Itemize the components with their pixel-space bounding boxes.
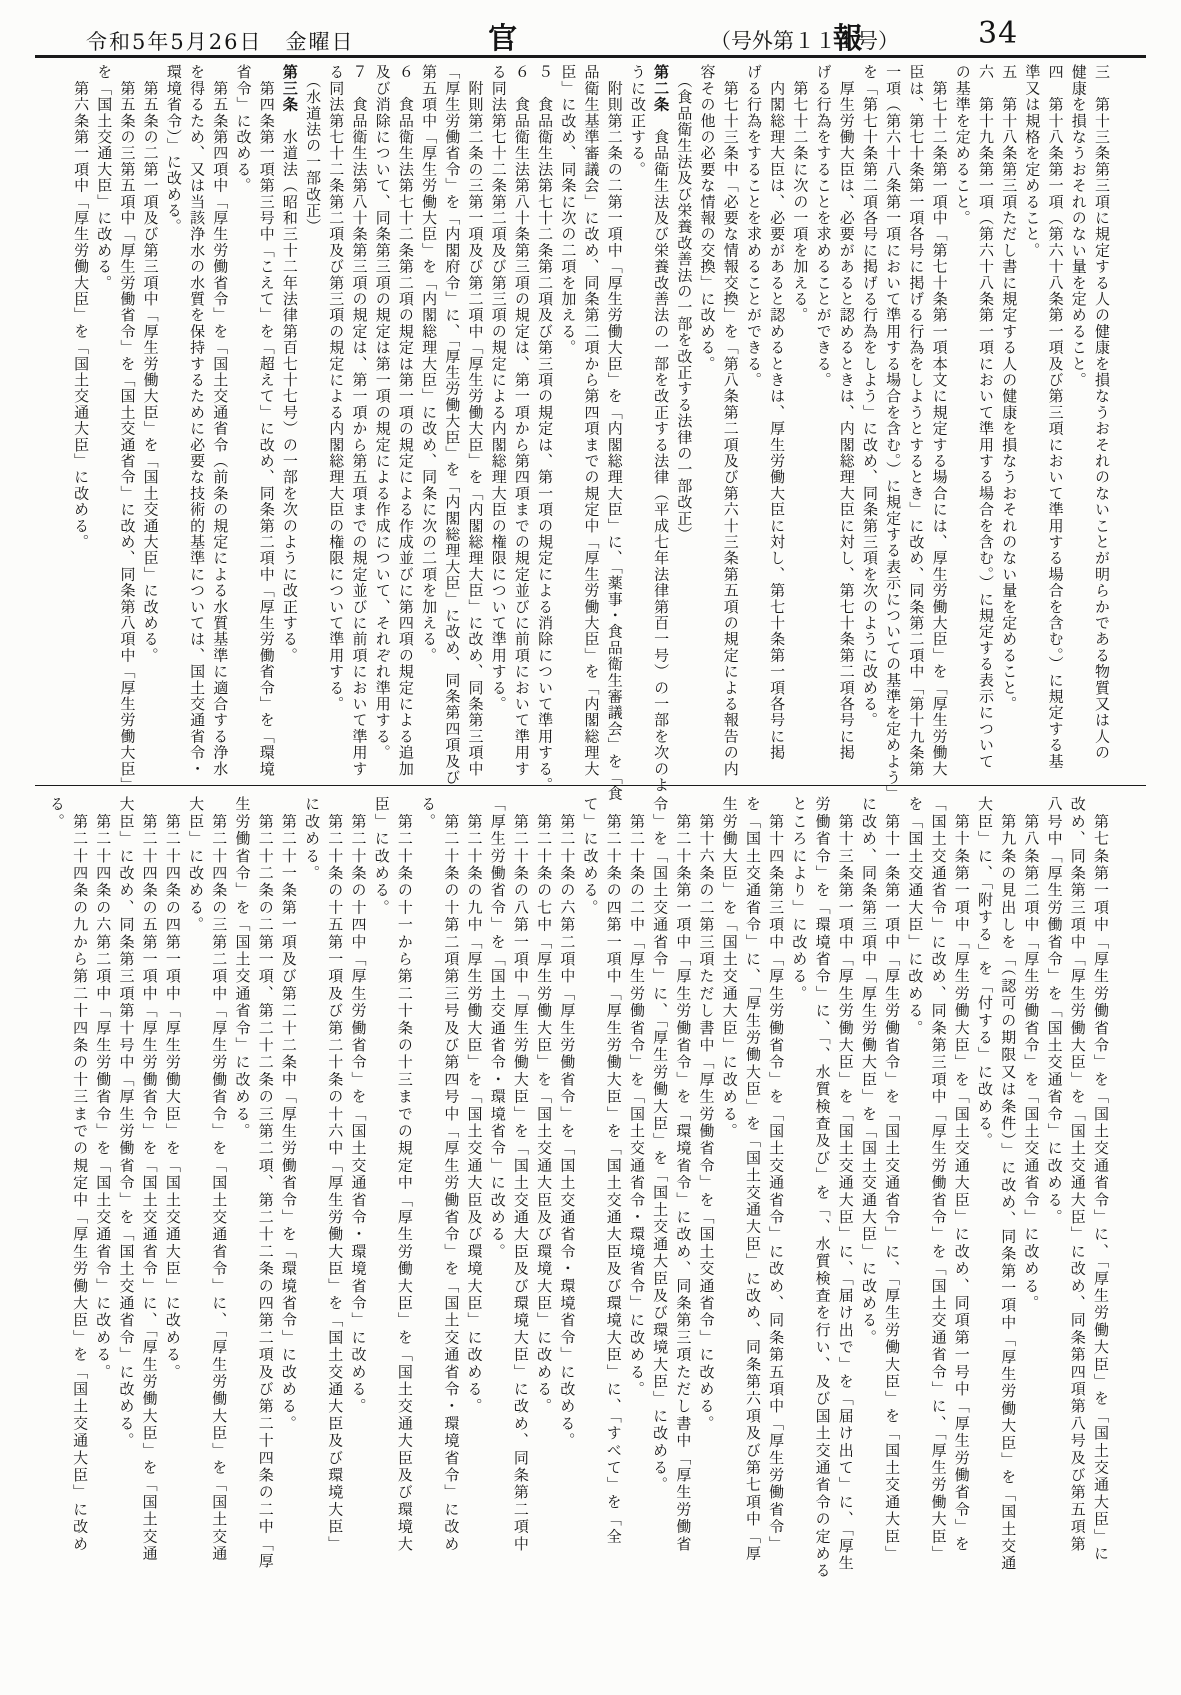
header-rule <box>35 55 1146 58</box>
text-column: 第七条第一項中「厚生労働省令」を「国土交通省令」に、「厚生労働大臣」を「国土交通… <box>1089 796 1112 1558</box>
text-column: 生労働大臣」を「国土交通大臣」に改める。 <box>718 796 741 1558</box>
text-column: 第十一条第一項中「厚生労働省令」を「国土交通省令」に、「厚生労働大臣」を「国土交… <box>880 796 903 1558</box>
text-column: （水道法の一部改正） <box>301 64 324 778</box>
text-column: 第六条第一項中「厚生労働大臣」を「国土交通大臣」に改める。 <box>69 64 92 778</box>
text-column: （食品衛生法及び栄養改善法の一部を改正する法律の一部改正） <box>672 64 695 778</box>
text-column: て」に改める。 <box>578 796 601 1558</box>
text-column: る。 <box>45 796 68 1558</box>
text-column: を「国土交通大臣」に改める。 <box>92 64 115 778</box>
text-column: 「厚生労働省令」を「内閣府令」に、「厚生労働大臣」を「内閣総理大臣」に改め、同条… <box>440 64 463 778</box>
text-column: 第四条第一項第三号中「こえて」を「超えて」に改め、同条第二項中「厚生労働省令」を… <box>254 64 277 778</box>
text-column: 第二条 食品衛生法及び栄養改善法の一部を改正する法律（平成七年法律第百一号）の一… <box>649 64 672 778</box>
text-column: 第二十条の七中「厚生労働大臣」を「国土交通大臣及び環境大臣」に改める。 <box>532 796 555 1558</box>
text-column: る同法第七十二条第二項及び第三項の規定による内閣総理大臣の権限について準用する。 <box>324 64 347 778</box>
text-column: を得るため、又は当該浄水の水質を保持するために必要な技術的基準については、国土交… <box>185 64 208 778</box>
text-column: 第七十二条第一項中「第七十条第一項本文に規定する場合には、厚生労働大臣」を「厚生… <box>927 64 950 778</box>
text-column: 附則第二条の二第一項中「厚生労働大臣」を「内閣総理大臣」に、「薬事・食品衛生審議… <box>603 64 626 778</box>
text-column: ５ 食品衛生法第七十二条第二項及び第三項の規定は、第一項の規定による消除について… <box>533 64 556 778</box>
text-column: 第十条第一項中「厚生労働大臣」を「国土交通大臣」に改め、同項第一号中「厚生労働省… <box>950 796 973 1558</box>
text-column: 第五条第四項中「厚生労働省令」を「国土交通省令（前条の規定による水質基準に適合す… <box>208 64 231 778</box>
page-number: 34 <box>978 16 1018 51</box>
text-column: 内閣総理大臣は、必要があると認めるときは、厚生労働大臣に対し、第七十条第一項各号… <box>765 64 788 778</box>
text-column: 第二十条の十五第一項及び第二十条の十六中「厚生労働大臣」を「国土交通大臣及び環境… <box>323 796 346 1558</box>
gazette-date: 令和5年5月26日 金曜日 <box>86 26 354 56</box>
gazette-page: 令和5年5月26日 金曜日 官 報 （号外第１１１号） 34 三 第十三条第三項… <box>0 0 1181 1695</box>
text-column: ６ 食品衛生法第七十二条第二項の規定は第一項の規定による作成並びに第四項の規定に… <box>394 64 417 778</box>
text-column: 大臣」に改め、同条第三項第十号中「厚生労働省令」を「国土交通省令」に改める。 <box>114 796 137 1558</box>
text-column: 臣は、第七十条第一項各号に掲げる行為をしようとするとき」に改め、同条第二項中「第… <box>904 64 927 778</box>
text-column: 第七十二条に次の一項を加える。 <box>788 64 811 778</box>
text-column: 三 第十三条第三項に規定する人の健康を損なうおそれのないことが明らかである物質又… <box>1090 64 1113 778</box>
text-column: 臣」に改め、同条に次の二項を加える。 <box>556 64 579 778</box>
text-column: 第九条の見出しを「（認可の期限又は条件）」に改め、同条第一項中「厚生労働大臣」を… <box>996 796 1019 1558</box>
text-column: ところにより」に改める。 <box>787 796 810 1558</box>
text-column: 附則第二条の三第一項及び第二項中「厚生労働大臣」を「内閣総理大臣」に改め、同条第… <box>463 64 486 778</box>
text-column: 健康を損なうおそれのない量を定めること。 <box>1067 64 1090 778</box>
text-column: 準又は規格を定めること。 <box>1020 64 1043 778</box>
text-column: 第五項中「厚生労働大臣」を「内閣総理大臣」に改め、同条に次の二項を加える。 <box>417 64 440 778</box>
text-column: 第二十四条の九から第二十四条の十三までの規定中「厚生労働大臣」を「国土交通大臣」… <box>68 796 91 1558</box>
text-column: 第五条の三第五項中「厚生労働省令」を「国土交通省令」に改め、同条第八項中「厚生労… <box>115 64 138 778</box>
text-column: 「国土交通省令」に改め、同条第三項中「厚生労働省令」を「国土交通省令」に、「厚生… <box>926 796 949 1558</box>
text-column: 六 第十九条第一項（第六十八条第一項において準用する場合を含む。）に規定する表示… <box>974 64 997 778</box>
text-column: を「国土交通大臣」に改める。 <box>903 796 926 1558</box>
text-column: 第二十条の四第一項中「厚生労働大臣」を「国土交通大臣及び環境大臣」に、「すべて」… <box>602 796 625 1558</box>
text-column: 第二十条の十一から第二十条の十三までの規定中「厚生労働大臣」を「国土交通大臣及び… <box>393 796 416 1558</box>
text-column: 第二十条の八第一項中「厚生労働大臣」を「国土交通大臣及び環境大臣」に改め、同条第… <box>509 796 532 1558</box>
text-column: 第二十条の六第二項中「厚生労働省令」を「国土交通省令・環境省令」に改める。 <box>555 796 578 1558</box>
text-column: 五 第十八条第三項ただし書に規定する人の健康を損なうおそれのない量を定めること。 <box>997 64 1020 778</box>
text-column: 第二十条の九中「厚生労働大臣」を「国土交通大臣及び環境大臣」に改める。 <box>462 796 485 1558</box>
text-column: 大臣」に、「附する」を「付する」に改める。 <box>973 796 996 1558</box>
text-column: 第二十条第一項中「厚生労働省令」を「環境省令」に改め、同条第三項ただし書中「厚生… <box>671 796 694 1558</box>
text-column: 及び消除について、同条第三項の規定は第一項の規定による作成について、それぞれ準用… <box>371 64 394 778</box>
text-column: 第二十条の二中「厚生労働省令」を「国土交通省令・環境省令」に改める。 <box>625 796 648 1558</box>
text-column: 「厚生労働省令」を「国土交通省令・環境省令」に改める。 <box>486 796 509 1558</box>
text-column: 四 第十八条第一項（第六十八条第一項及び第三項において準用する場合を含む。）に規… <box>1043 64 1066 778</box>
text-column: うに改正する。 <box>626 64 649 778</box>
text-column: 第五条の二第一項及び第三項中「厚生労働大臣」を「国土交通大臣」に改める。 <box>138 64 161 778</box>
text-column: げる行為をすることを求めることができる。 <box>742 64 765 778</box>
text-column: 第十四条第三項中「厚生労働省令」を「国土交通省令」に改め、同条第五項中「厚生労働… <box>764 796 787 1558</box>
text-column: 第二十四条の三第二項中「厚生労働省令」を「国土交通省令」に、「厚生労働大臣」を「… <box>207 796 230 1558</box>
text-column: る。 <box>416 796 439 1558</box>
text-column: ６ 食品衛生法第八十条第三項の規定は、第一項から第四項までの規定並びに前項におい… <box>510 64 533 778</box>
text-column: 第二十条の十四中「厚生労働省令」を「国土交通省令・環境省令」に改める。 <box>346 796 369 1558</box>
text-column: ７ 食品衛生法第八十条第三項の規定は、第一項から第五項までの規定並びに前項におい… <box>347 64 370 778</box>
text-column: 労働省令」を「環境省令」に、「、水質検査及び」を「、水質検査を行い、及び国土交通… <box>810 796 833 1558</box>
text-column: る同法第七十二条第二項及び第三項の規定による内閣総理大臣の権限について準用する。 <box>487 64 510 778</box>
text-column: を「第七十条第二項各号に掲げる行為をしよう」に改め、同条第三項を次のように改める… <box>858 64 881 778</box>
text-column: 第二十条の十第二項第三号及び第四号中「厚生労働省令」を「国土交通省令・環境省令」… <box>439 796 462 1558</box>
text-column: 省令」に改める。 <box>231 64 254 778</box>
text-column: 容その他の必要な情報の交換」に改める。 <box>695 64 718 778</box>
text-column: 生労働省令」を「国土交通省令」に改める。 <box>230 796 253 1558</box>
text-column: を「国土交通省令」に、「厚生労働大臣」を「国土交通大臣」に改め、同条第六項及び第… <box>741 796 764 1558</box>
text-column: 大臣」に改める。 <box>184 796 207 1558</box>
text-column: 改め、同条第三項中「厚生労働大臣」を「国土交通大臣」に改め、同条第四項第八号及び… <box>1066 796 1089 1558</box>
text-column: 令」を「国土交通省令」に、「厚生労働大臣」を「国土交通大臣及び環境大臣」に改める… <box>648 796 671 1558</box>
text-column: 第二十四条の六第二項中「厚生労働省令」を「国土交通省令」に改める。 <box>91 796 114 1558</box>
text-column: 第十六条の二第三項ただし書中「厚生労働省令」を「国土交通省令」に改める。 <box>694 796 717 1558</box>
text-column: 第二十二条の二第一項、第二十二条の三第二項、第二十二条の四第二項及び第二十四条の… <box>253 796 276 1558</box>
text-column: 第七十三条中「必要な情報交換」を「第八条第二項及び第六十三条第五項の規定による報… <box>719 64 742 778</box>
text-column: 一項（第六十八条第一項において準用する場合を含む。）に規定する表示についての基準… <box>881 64 904 778</box>
column-divider-rule <box>35 785 1146 786</box>
text-column: に改める。 <box>300 796 323 1558</box>
text-column: 第二十一条第一項及び第二十二条中「厚生労働省令」を「環境省令」に改める。 <box>277 796 300 1558</box>
text-column: 臣」に改める。 <box>370 796 393 1558</box>
text-column: 第八条第二項中「厚生労働省令」を「国土交通省令」に改める。 <box>1019 796 1042 1558</box>
gazette-issue-number: （号外第１１１号） <box>710 25 899 55</box>
text-column: 第二十四条の四第一項中「厚生労働大臣」を「国土交通大臣」に改める。 <box>161 796 184 1558</box>
text-column: に改め、同条第三項中「厚生労働大臣」を「国土交通大臣」に改める。 <box>857 796 880 1558</box>
text-column: 第十三条第一項中「厚生労働大臣」を「国土交通大臣」に、「届け出で」を「届け出て」… <box>834 796 857 1558</box>
legal-text-block-top: 三 第十三条第三項に規定する人の健康を損なうおそれのないことが明らかである物質又… <box>69 64 1113 778</box>
text-column: の基準を定めること。 <box>951 64 974 778</box>
text-column: 品衛生基準審議会」に改め、同条第二項から第四項までの規定中「厚生労働大臣」を「内… <box>579 64 602 778</box>
text-column: 厚生労働大臣は、必要があると認めるときは、内閣総理大臣に対し、第七十条第二項各号… <box>835 64 858 778</box>
text-column: げる行為をすることを求めることができる。 <box>811 64 834 778</box>
text-column: 第二十四条の五第一項中「厚生労働省令」を「国土交通省令」に、「厚生労働大臣」を「… <box>137 796 160 1558</box>
text-column: 第三条 水道法（昭和三十二年法律第百七十七号）の一部を次のように改正する。 <box>278 64 301 778</box>
legal-text-block-bottom: 第七条第一項中「厚生労働省令」を「国土交通省令」に、「厚生労働大臣」を「国土交通… <box>45 796 1112 1558</box>
text-column: 環境省令）」に改める。 <box>162 64 185 778</box>
text-column: 八号中「厚生労働省令」を「国土交通省令」に改める。 <box>1042 796 1065 1558</box>
